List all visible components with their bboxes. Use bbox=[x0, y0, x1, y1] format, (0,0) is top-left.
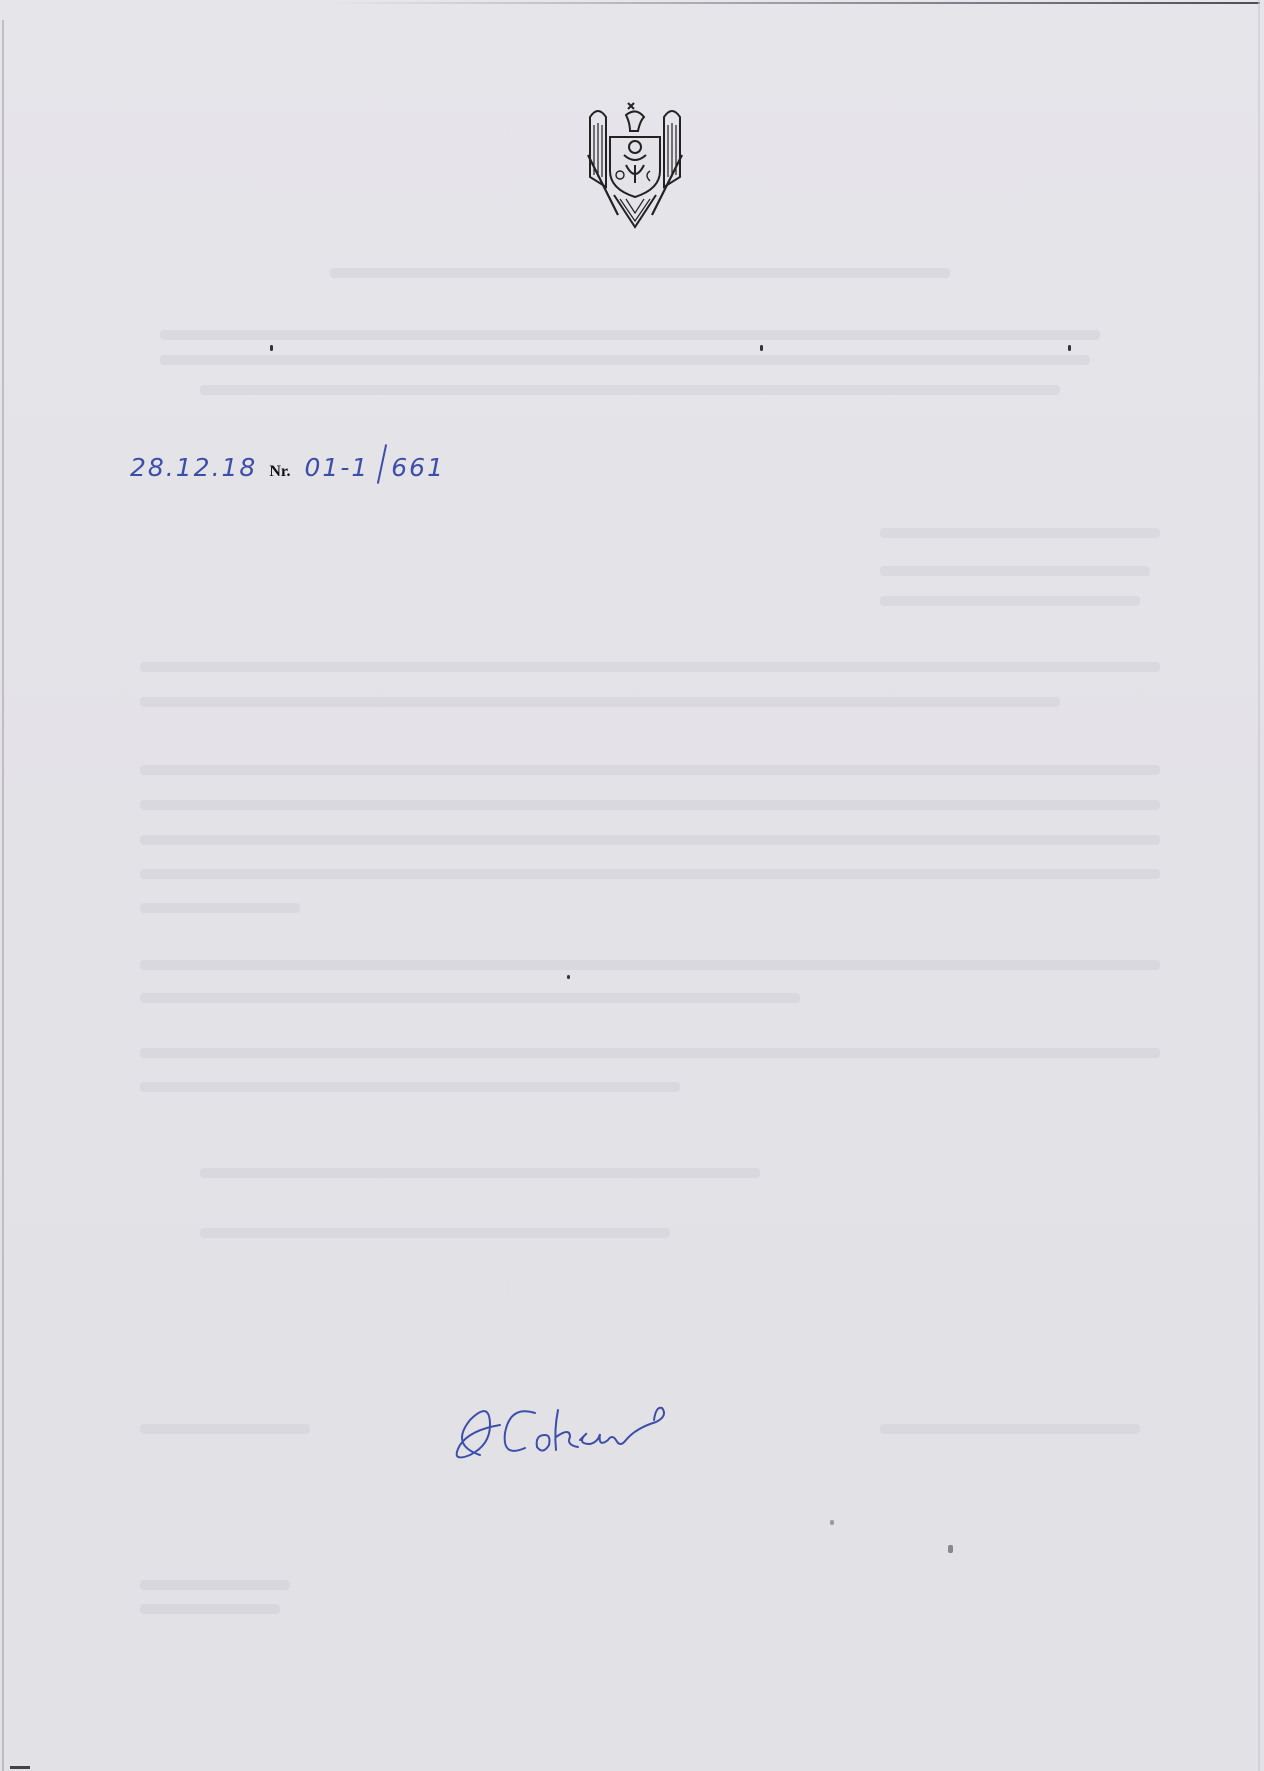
scan-edge-bottom bbox=[10, 1766, 30, 1769]
redacted-body-line bbox=[140, 869, 1160, 879]
redacted-body-line bbox=[140, 800, 1160, 810]
redacted-body-line bbox=[140, 662, 1160, 672]
speck bbox=[948, 1545, 953, 1553]
redacted-body-line bbox=[140, 903, 300, 913]
number-slash bbox=[377, 444, 387, 484]
redacted-addressee-line bbox=[880, 596, 1140, 606]
document-page: 28.12.18 Nr. 01-1 661 bbox=[0, 0, 1264, 1771]
scan-edge-right bbox=[1258, 0, 1260, 1771]
redacted-body-line bbox=[140, 835, 1160, 845]
redacted-signatory-title bbox=[140, 1424, 310, 1434]
redacted-body-line bbox=[140, 993, 800, 1003]
redacted-signatory-name bbox=[880, 1424, 1140, 1434]
scan-edge-top bbox=[330, 2, 1260, 4]
redacted-body-line bbox=[140, 1048, 1160, 1058]
redacted-header-line bbox=[160, 355, 1090, 365]
redacted-executor bbox=[140, 1580, 290, 1590]
speck bbox=[270, 345, 273, 351]
speck bbox=[830, 1520, 834, 1525]
redacted-list-item bbox=[200, 1228, 670, 1238]
redacted-body-line bbox=[140, 960, 1160, 970]
redacted-list-item bbox=[200, 1168, 760, 1178]
speck bbox=[1068, 345, 1071, 351]
speck bbox=[567, 975, 570, 979]
redacted-header-line bbox=[330, 268, 950, 278]
speck bbox=[760, 345, 763, 351]
redacted-addressee-line bbox=[880, 566, 1150, 576]
redacted-executor bbox=[140, 1604, 280, 1614]
registration-number-prefix: 01-1 bbox=[305, 453, 370, 482]
signature bbox=[440, 1385, 720, 1475]
number-label: Nr. bbox=[269, 463, 290, 481]
redacted-body-line bbox=[140, 765, 1160, 775]
registration-line: 28.12.18 Nr. 01-1 661 bbox=[130, 436, 445, 476]
redacted-addressee-line bbox=[880, 528, 1160, 538]
redacted-header-line bbox=[200, 385, 1060, 395]
redacted-body-line bbox=[140, 697, 1060, 707]
redacted-header-line bbox=[160, 330, 1100, 340]
redacted-body-line bbox=[140, 1082, 680, 1092]
registration-number-suffix: 661 bbox=[391, 453, 445, 482]
scan-edge-left bbox=[2, 20, 4, 1771]
registration-date: 28.12.18 bbox=[130, 453, 257, 482]
coat-of-arms-icon bbox=[580, 95, 690, 235]
